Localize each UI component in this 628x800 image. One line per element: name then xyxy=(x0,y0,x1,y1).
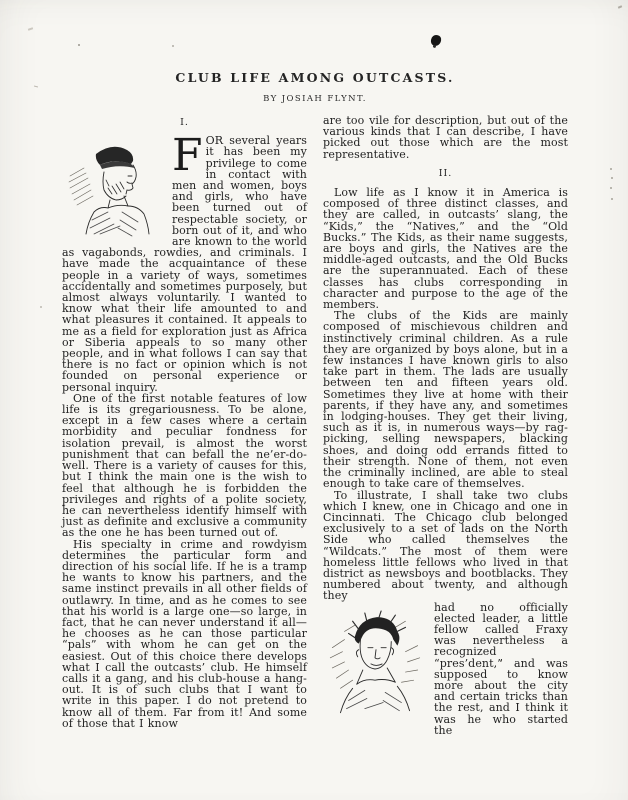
paragraph: One of the first notable features of low… xyxy=(62,393,307,539)
paragraph-text: had no officially elected leader, a litt… xyxy=(434,601,568,737)
left-column: I. xyxy=(62,115,307,736)
scan-speck xyxy=(28,27,33,30)
drop-cap: F xyxy=(172,135,206,174)
article-title: CLUB LIFE AMONG OUTCASTS. xyxy=(62,70,568,85)
scan-dotted-artifact xyxy=(610,168,613,202)
paragraph-continued: are too vile for description, but out of… xyxy=(323,115,568,160)
tramp-portrait-illustration xyxy=(62,138,166,240)
paragraph: His specialty in crime and rowdyism dete… xyxy=(62,539,307,729)
section-heading-1: I. xyxy=(62,117,307,128)
paragraph-opening: F OR several years it has been my privil… xyxy=(62,135,307,393)
boy-portrait-illustration xyxy=(323,607,427,731)
scan-speck xyxy=(78,44,80,46)
two-column-text: I. xyxy=(62,115,568,736)
scan-speck xyxy=(34,86,38,88)
right-column: are too vile for description, but out of… xyxy=(323,115,568,736)
article: CLUB LIFE AMONG OUTCASTS. BY JOSIAH FLYN… xyxy=(62,70,568,736)
ink-blot-artifact xyxy=(430,34,442,47)
paragraph: The clubs of the Kids are mainly compose… xyxy=(323,310,568,489)
scan-speck xyxy=(172,45,174,47)
section-heading-2: II. xyxy=(323,168,568,179)
scanned-magazine-page: CLUB LIFE AMONG OUTCASTS. BY JOSIAH FLYN… xyxy=(0,0,628,800)
paragraph: To illustrate, I shall take two clubs wh… xyxy=(323,490,568,602)
paragraph-with-illustration: had no officially elected leader, a litt… xyxy=(323,602,568,736)
scan-speck xyxy=(40,306,42,308)
scan-speck xyxy=(618,5,622,8)
article-byline: BY JOSIAH FLYNT. xyxy=(62,94,568,104)
paragraph: Low life as I know it in America is comp… xyxy=(323,187,568,310)
